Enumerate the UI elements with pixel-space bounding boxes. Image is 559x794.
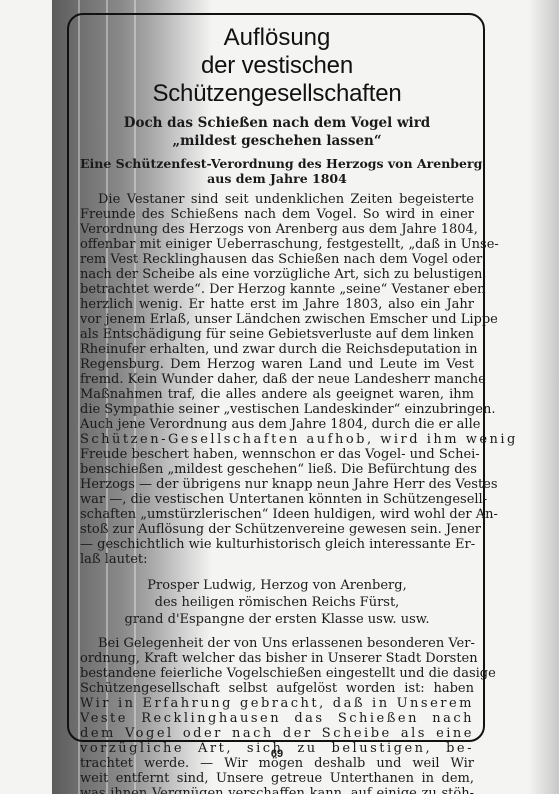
decree-line: weit entfernt sind, Unsere getreue Unter… <box>80 771 474 786</box>
body-line: offenbar mit einiger Ueberraschung, fest… <box>80 237 474 252</box>
body-line: Auch jene Verordnung aus dem Jahre 1804,… <box>80 417 474 432</box>
decree-line: dem Vogel oder nach der Scheibe als eine <box>80 726 474 741</box>
body-line: schaften „umstürzlerischen“ Ideen huldig… <box>80 507 474 522</box>
decree-line: Bei Gelegenheit der von Uns erlassenen b… <box>80 636 474 651</box>
article-title-line-1: Auflösung <box>80 24 474 52</box>
body-line: benschießen „mildest geschehen“ ließ. Di… <box>80 462 474 477</box>
body-line: rem Vest Recklinghausen das Schießen nac… <box>80 252 474 267</box>
article-subtitle: Doch das Schießen nach dem Vogel wird „m… <box>80 114 474 150</box>
body-line: die Sympathie seiner „vestischen Landesk… <box>80 402 474 417</box>
decree-line: ordnung, Kraft welcher das bisher in Uns… <box>80 651 474 666</box>
article: Auflösung der vestischen Schützengesells… <box>80 20 474 794</box>
kicker-line-2: aus dem Jahre 1804 <box>80 171 474 186</box>
body-paragraph: Die Vestaner sind seit undenklichen Zeit… <box>80 192 474 567</box>
address-line: des heiligen römischen Reichs Fürst, <box>80 594 474 611</box>
body-line: nach der Scheibe als eine vorzügliche Ar… <box>80 267 474 282</box>
body-line: laß lautet: <box>80 552 474 567</box>
decree-address: Prosper Ludwig, Herzog von Arenberg, des… <box>80 577 474 628</box>
body-line: Schützen-Gesellschaften aufhob, wird ihm… <box>80 432 474 447</box>
body-line: als Entschädigung für seine Gebietsverlu… <box>80 327 474 342</box>
decree-line: Schützengesellschaft selbst aufgelöst wo… <box>80 681 474 696</box>
body-line: Freude beschert haben, wennschon er das … <box>80 447 474 462</box>
decree-line: bestandene feierliche Vogelschießen eing… <box>80 666 474 681</box>
body-line: — geschichtlich wie kulturhistorisch gle… <box>80 537 474 552</box>
address-line: Prosper Ludwig, Herzog von Arenberg, <box>80 577 474 594</box>
body-line: vor jenem Erlaß, unser Ländchen zwischen… <box>80 312 474 327</box>
body-line: Die Vestaner sind seit undenklichen Zeit… <box>80 192 474 207</box>
body-line: Herzogs — der übrigens nur knapp neun Ja… <box>80 477 474 492</box>
body-line: stoß zur Auflösung der Schützenvereine g… <box>80 522 474 537</box>
body-line: Regensburg. Dem Herzog waren Land und Le… <box>80 357 474 372</box>
decree-line: was ihnen Vergnügen verschaffen kann, au… <box>80 786 474 794</box>
page-number: 69 <box>262 748 292 760</box>
body-line: war —, die vestischen Untertanen könnten… <box>80 492 474 507</box>
subtitle-line-1: Doch das Schießen nach dem Vogel wird <box>80 114 474 132</box>
body-line: Maßnahmen traf, die alles andere als gee… <box>80 387 474 402</box>
decree-line: Veste Recklinghausen das Schießen nach <box>80 711 474 726</box>
body-line: fremd. Kein Wunder daher, daß der neue L… <box>80 372 474 387</box>
decree-line: Wir in Erfahrung gebracht, daß in Unsere… <box>80 696 474 711</box>
body-line: Freunde des Schießens nach dem Vogel. So… <box>80 207 474 222</box>
page-edge-shadow <box>529 0 559 794</box>
kicker-line-1: Eine Schützenfest-Verordnung des Herzogs… <box>80 156 474 171</box>
address-line: grand d'Espangne der ersten Klasse usw. … <box>80 611 474 628</box>
body-line: herzlich wenig. Er hatte erst im Jahre 1… <box>80 297 474 312</box>
body-line: betrachtet werde“. Der Herzog kannte „se… <box>80 282 474 297</box>
article-kicker: Eine Schützenfest-Verordnung des Herzogs… <box>80 156 474 186</box>
article-title-line-2: der vestischen Schützengesellschaften <box>80 52 474 108</box>
decree-text: Bei Gelegenheit der von Uns erlassenen b… <box>80 636 474 794</box>
subtitle-line-2: „mildest geschehen lassen“ <box>80 132 474 150</box>
body-line: Verordnung des Herzogs von Arenberg aus … <box>80 222 474 237</box>
body-line: Rheinufer erhalten, und zwar durch die R… <box>80 342 474 357</box>
